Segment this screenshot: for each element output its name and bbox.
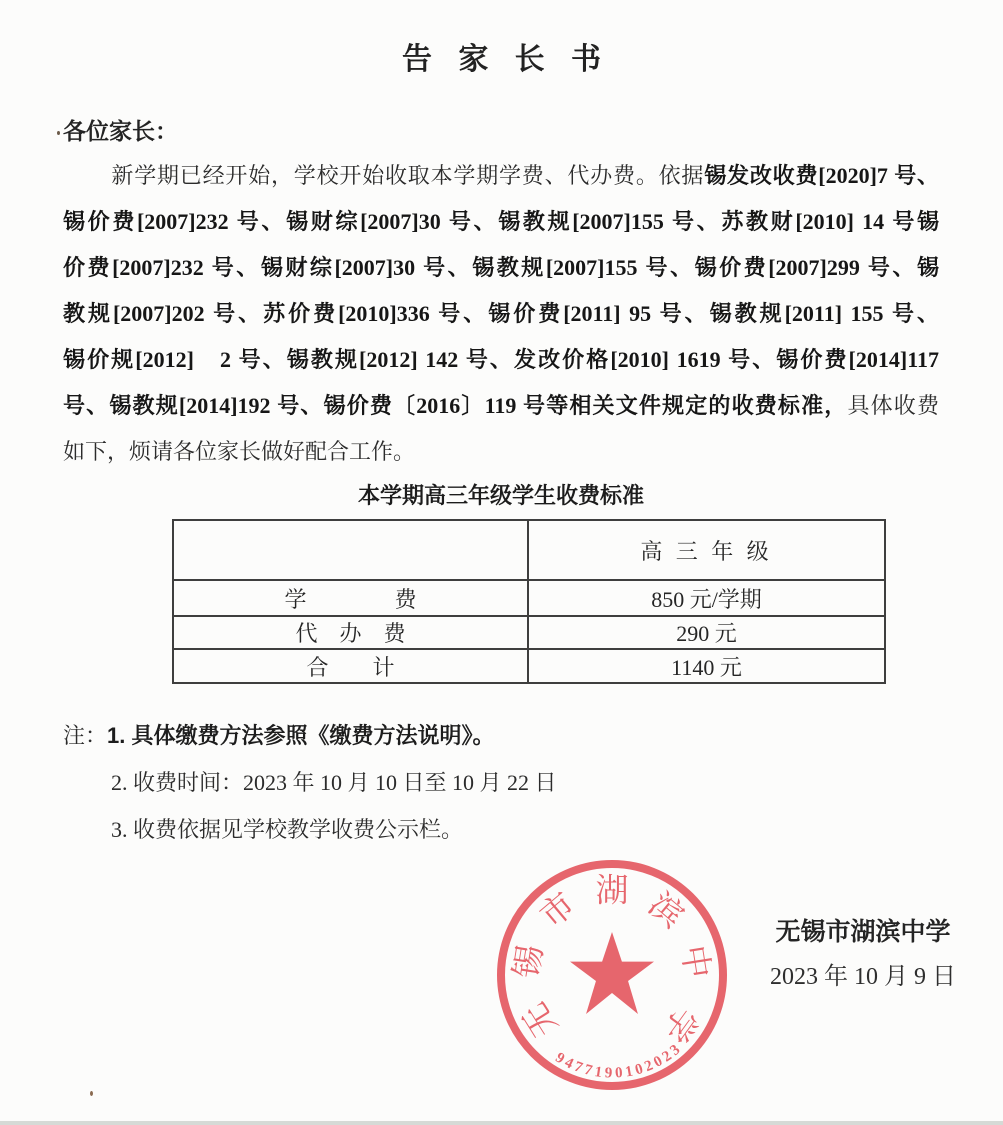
seal-number-digit: 2 [643,1058,656,1075]
scan-speck [90,1091,93,1096]
seal-number-digit: 9 [605,1066,613,1081]
fee-label-tuition: 学 费 [173,580,528,616]
table-row: 代 办 费 290 元 [173,616,885,649]
fee-value-agency: 290 元 [528,616,885,649]
notes-prefix: 注： [63,723,107,748]
paragraph-line: 锡价费[2007]232 号、锡财综[2007]30 号、锡教规[2007]15… [63,199,939,245]
signature-block: 无锡市湖滨中学 2023 年 10 月 9 日 [743,916,983,992]
official-seal-stamp: 无锡市湖滨中学 3202010917749 [497,860,727,1090]
seal-arc-char: 湖 [596,874,629,907]
seal-number-digit: 9 [552,1051,566,1068]
parent-letter-document: 告 家 长 书 各位家长： 新学期已经开始，学校开始收取本学期学费、代办费。依据… [0,0,1003,1125]
fee-value-tuition: 850 元/学期 [528,580,885,616]
seal-number-digit: 3 [668,1043,683,1059]
seal-number-digit: 0 [634,1062,645,1078]
note-item-1-text: 1. 具体缴费方法参照《缴费方法说明》。 [107,723,494,748]
regulation-reference: 号、锡教规[2014]192 号、锡价费〔2016〕119 号等相关文件规定的收… [63,393,847,418]
signature-date: 2023 年 10 月 9 日 [743,962,983,992]
fee-label-total: 合 计 [173,649,528,683]
seal-number-digit: 2 [660,1049,675,1066]
note-item-3: 3. 收费依据见学校教学收费公示栏。 [63,806,939,853]
seal-arc-char: 中 [677,943,715,981]
paragraph-line: 锡价规[2012] 2 号、锡教规[2012] 142 号、发改价格[2010]… [63,337,939,383]
table-header-empty-cell [173,520,528,580]
table-row: 学 费 850 元/学期 [173,580,885,616]
paragraph-line: 如下，烦请各位家长做好配合工作。 [63,429,939,475]
seal-arc-char: 市 [534,887,580,933]
table-row: 合 计 1140 元 [173,649,885,683]
paragraph-text: 具体收费 [847,393,939,418]
paragraph-line: 新学期已经开始，学校开始收取本学期学费、代办费。依据锡发改收费[2020]7 号… [63,153,939,199]
seal-number-digit: 7 [583,1063,594,1079]
fee-table-title: 本学期高三年级学生收费标准 [63,483,939,509]
fee-label-agency: 代 办 费 [173,616,528,649]
body-paragraph: 新学期已经开始，学校开始收取本学期学费、代办费。依据锡发改收费[2020]7 号… [63,153,939,475]
note-item-2: 2. 收费时间：2023 年 10 月 10 日至 10 月 22 日 [63,759,939,806]
document-title: 告 家 长 书 [0,0,1003,78]
salutation: 各位家长： [63,116,939,146]
fee-value-total: 1140 元 [528,649,885,683]
seal-star-icon [570,932,654,1014]
seal-number-digit: 1 [593,1065,603,1081]
seal-arc-char: 学 [658,1002,704,1048]
seal-ring-icon [497,860,727,1090]
fee-table: 高 三 年 级 学 费 850 元/学期 代 办 费 290 元 合 计 114… [172,519,886,684]
seal-number-digit: 0 [652,1054,666,1071]
regulation-reference: 锡发改收费[2020]7 号、 [704,163,939,188]
signature-school-name: 无锡市湖滨中学 [743,916,983,948]
table-header-row: 高 三 年 级 [173,520,885,580]
table-header-grade-cell: 高 三 年 级 [528,520,885,580]
paragraph-line: 价费[2007]232 号、锡财综[2007]30 号、锡教规[2007]155… [63,245,939,291]
note-item-1: 注：1. 具体缴费方法参照《缴费方法说明》。 [63,712,939,759]
notes-section: 注：1. 具体缴费方法参照《缴费方法说明》。 2. 收费时间：2023 年 10… [63,712,939,853]
seal-number-digit: 1 [624,1064,634,1080]
seal-arc-char: 无 [517,997,562,1042]
document-body: 各位家长： 新学期已经开始，学校开始收取本学期学费、代办费。依据锡发改收费[20… [0,116,1003,853]
seal-arc-char: 滨 [643,887,689,933]
paragraph-line: 教规[2007]202 号、苏价费[2010]336 号、锡价费[2011] 9… [63,291,939,337]
seal-number-digit: 7 [572,1060,584,1077]
paragraph-text: 新学期已经开始，学校开始收取本学期学费、代办费。依据 [111,163,704,188]
seal-number-digit: 0 [615,1066,624,1081]
paragraph-line: 号、锡教规[2014]192 号、锡价费〔2016〕119 号等相关文件规定的收… [63,383,939,429]
scan-speck [57,131,60,135]
seal-number-digit: 4 [562,1056,575,1073]
seal-arc-char: 锡 [509,943,547,981]
scan-bottom-edge [0,1121,1003,1125]
